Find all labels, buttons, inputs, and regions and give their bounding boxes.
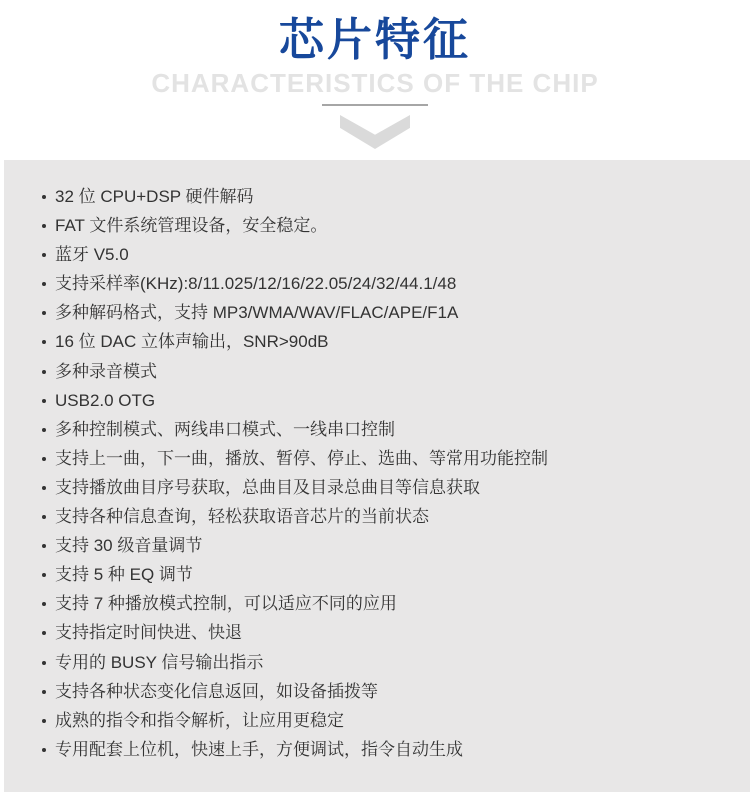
feature-text: 支持上一曲，下一曲，播放、暂停、停止、选曲、等常用功能控制 [55,449,548,468]
feature-item: 支持 30 级音量调节 [42,531,730,560]
feature-item: 支持 5 种 EQ 调节 [42,560,730,589]
feature-item: 专用配套上位机，快速上手，方便调试，指令自动生成 [42,735,730,764]
bullet-icon [42,602,46,606]
bullet-icon [42,457,46,461]
feature-item: 支持各种状态变化信息返回，如设备插拨等 [42,677,730,706]
bullet-icon [42,544,46,548]
feature-text: 支持 7 种播放模式控制，可以适应不同的应用 [55,594,397,613]
feature-text: 蓝牙 V5.0 [55,245,129,264]
feature-text: FAT 文件系统管理设备，安全稳定。 [55,216,327,235]
chip-features-page: 芯片特征 CHARACTERISTICS OF THE CHIP 32 位 CP… [0,0,750,792]
feature-item: 支持各种信息查询，轻松获取语音芯片的当前状态 [42,502,730,531]
bullet-icon [42,719,46,723]
feature-text: 支持采样率(KHz):8/11.025/12/16/22.05/24/32/44… [55,274,456,293]
section-header: 芯片特征 CHARACTERISTICS OF THE CHIP [0,0,750,160]
feature-item: 32 位 CPU+DSP 硬件解码 [42,182,730,211]
feature-item: 多种控制模式、两线串口模式、一线串口控制 [42,415,730,444]
feature-item: 支持播放曲目序号获取，总曲目及目录总曲目等信息获取 [42,473,730,502]
features-panel: 32 位 CPU+DSP 硬件解码 FAT 文件系统管理设备，安全稳定。 蓝牙 … [4,160,750,792]
feature-item: 支持 7 种播放模式控制，可以适应不同的应用 [42,589,730,618]
feature-item: 专用的 BUSY 信号输出指示 [42,648,730,677]
feature-text: 支持指定时间快进、快退 [55,623,242,642]
feature-item: 支持上一曲，下一曲，播放、暂停、停止、选曲、等常用功能控制 [42,444,730,473]
feature-text: 支持播放曲目序号获取，总曲目及目录总曲目等信息获取 [55,478,480,497]
bullet-icon [42,399,46,403]
feature-text: 专用配套上位机，快速上手，方便调试，指令自动生成 [55,740,463,759]
feature-text: 支持 30 级音量调节 [55,536,202,555]
feature-text: 支持各种状态变化信息返回，如设备插拨等 [55,682,378,701]
feature-text: 多种解码格式，支持 MP3/WMA/WAV/FLAC/APE/F1A [55,303,458,322]
bullet-icon [42,573,46,577]
bullet-icon [42,282,46,286]
feature-item: 支持采样率(KHz):8/11.025/12/16/22.05/24/32/44… [42,269,730,298]
feature-text: 32 位 CPU+DSP 硬件解码 [55,187,254,206]
feature-list: 32 位 CPU+DSP 硬件解码 FAT 文件系统管理设备，安全稳定。 蓝牙 … [42,182,730,764]
bullet-icon [42,661,46,665]
feature-item: USB2.0 OTG [42,386,730,415]
bullet-icon [42,253,46,257]
bullet-icon [42,370,46,374]
feature-item: FAT 文件系统管理设备，安全稳定。 [42,211,730,240]
feature-item: 支持指定时间快进、快退 [42,618,730,647]
feature-text: 成熟的指令和指令解析，让应用更稳定 [55,711,344,730]
bullet-icon [42,195,46,199]
feature-item: 多种解码格式，支持 MP3/WMA/WAV/FLAC/APE/F1A [42,298,730,327]
feature-text: 支持各种信息查询，轻松获取语音芯片的当前状态 [55,507,429,526]
bullet-icon [42,515,46,519]
feature-text: 16 位 DAC 立体声输出，SNR>90dB [55,332,329,351]
feature-text: 支持 5 种 EQ 调节 [55,565,193,584]
page-subtitle-en: CHARACTERISTICS OF THE CHIP [0,70,750,96]
feature-item: 16 位 DAC 立体声输出，SNR>90dB [42,327,730,356]
page-title: 芯片特征 [0,12,750,68]
bullet-icon [42,486,46,490]
feature-text: 多种控制模式、两线串口模式、一线串口控制 [55,420,395,439]
chevron-down-icon [340,115,410,149]
bullet-icon [42,748,46,752]
feature-text: 多种录音模式 [55,362,157,381]
feature-item: 成熟的指令和指令解析，让应用更稳定 [42,706,730,735]
feature-item: 蓝牙 V5.0 [42,240,730,269]
feature-text: 专用的 BUSY 信号输出指示 [55,653,263,672]
bullet-icon [42,428,46,432]
bullet-icon [42,311,46,315]
feature-item: 多种录音模式 [42,357,730,386]
bullet-icon [42,224,46,228]
bullet-icon [42,340,46,344]
feature-text: USB2.0 OTG [55,391,155,410]
bullet-icon [42,690,46,694]
bullet-icon [42,631,46,635]
header-divider [322,104,428,106]
